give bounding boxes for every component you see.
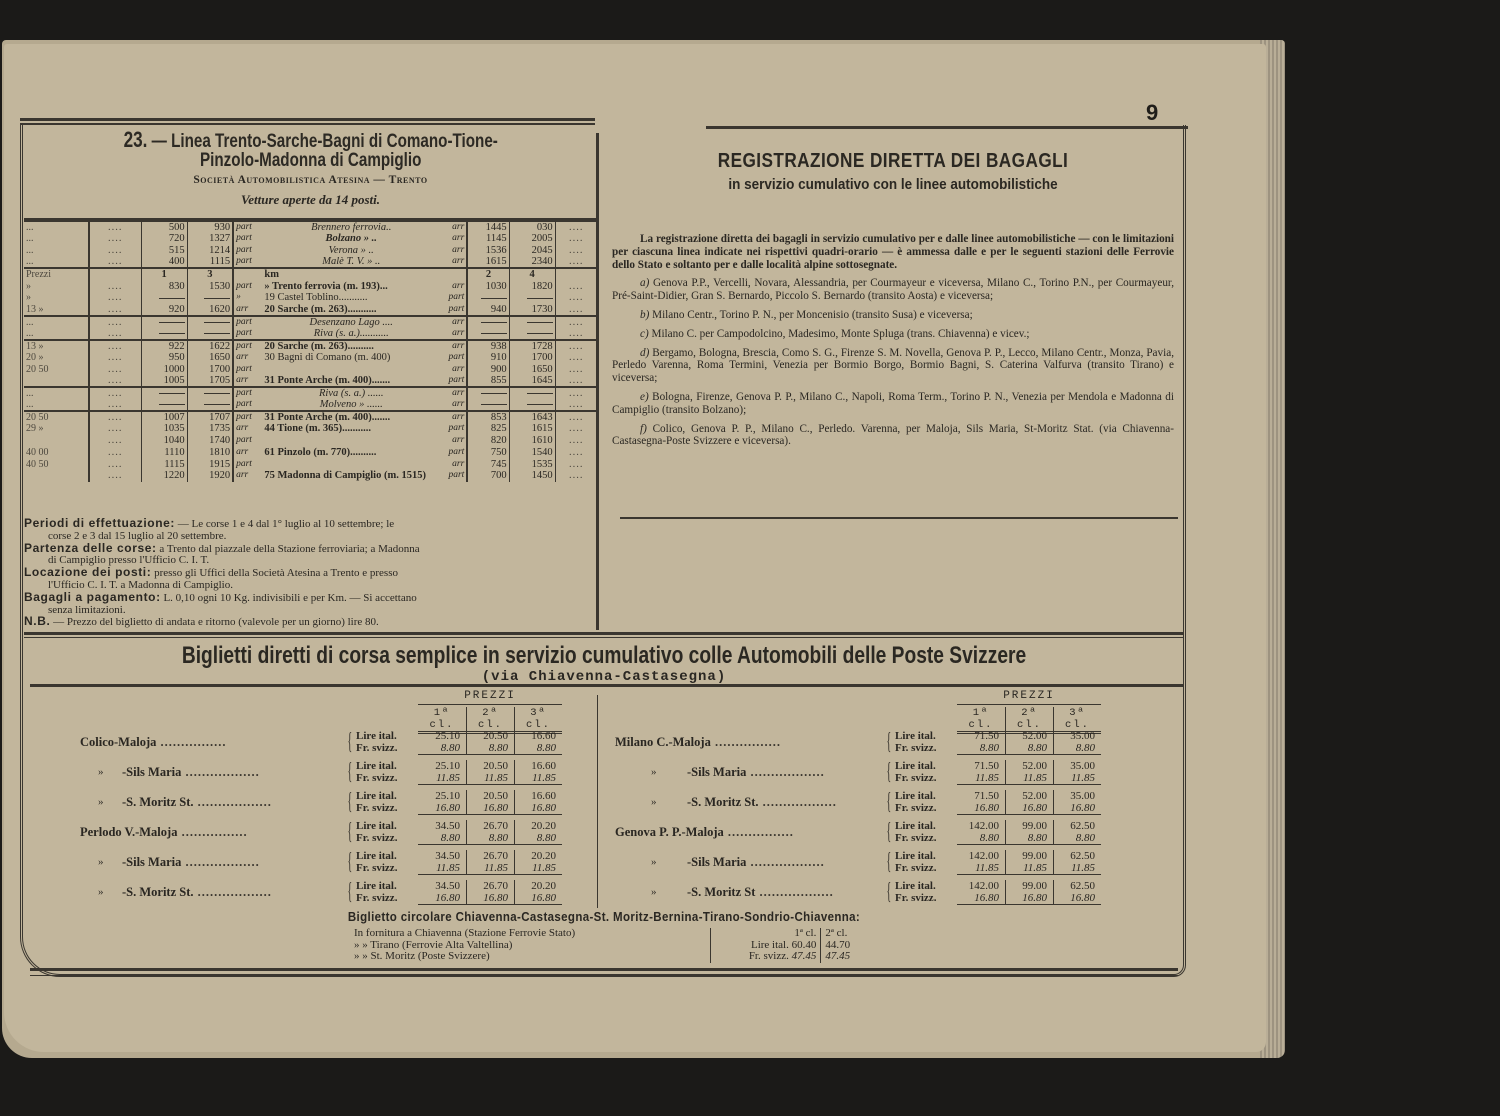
registration-subtitle: in servizio cumulativo con le linee auto… (640, 176, 1146, 193)
cell-d2: .... (555, 245, 597, 257)
cell-t2: 1650 (187, 352, 233, 364)
currency-francs: Fr. svizz. (356, 892, 397, 904)
cell-t3: 853 (467, 411, 509, 423)
price-lire: 34.50 (418, 850, 460, 862)
cell-d2: .... (555, 411, 597, 423)
cell-d: .... (89, 221, 141, 233)
no-service-dash (527, 393, 553, 394)
leader-dots: .................. (181, 765, 259, 779)
currency-francs: Fr. svizz. (895, 742, 936, 754)
section-divider (24, 632, 1184, 638)
cell-t2: 1622 (187, 340, 233, 352)
fare-value: 25.1011.85 (418, 760, 466, 784)
currency-francs: Fr. svizz. (356, 802, 397, 814)
cell-station: 31 Ponte Arche (m. 400)....... (262, 375, 440, 387)
leader-dots: .................. (194, 795, 272, 809)
fare-value: 34.5016.80 (418, 880, 466, 904)
timetable-row: 29 »....10351735arr44 Tione (m. 365)....… (24, 423, 597, 435)
currency-francs: Fr. svizz. (895, 772, 936, 784)
price-francs: 8.80 (1006, 832, 1047, 844)
route-label: -Sils Maria (687, 855, 746, 869)
cell-t1 (141, 399, 187, 411)
cell-t4: 1450 (509, 470, 555, 482)
fare-column-divider (597, 695, 598, 908)
cell-t2: 1915 (187, 458, 233, 470)
price-lire: 20.50 (467, 790, 508, 802)
cell-pa: arr (233, 470, 262, 482)
cell-t3: 1145 (467, 233, 509, 245)
fare-value: 25.1016.80 (418, 790, 466, 814)
cell-t3: 820 (467, 435, 509, 447)
fare-row: »-Sils Maria ..................{Lire ita… (26, 848, 592, 878)
cell-t3: 940 (467, 304, 509, 316)
cell-t4: 030 (509, 221, 555, 233)
item-label: d) (640, 347, 649, 359)
price-francs: 11.85 (1006, 772, 1047, 784)
cell-t1: 1000 (141, 363, 187, 375)
fare-value: 16.6016.80 (514, 790, 562, 814)
timetable-row: .......partDesenzano Lago ....arr.... (24, 316, 597, 328)
course-header-c2: 2 (467, 268, 509, 280)
price-lire: 71.50 (957, 760, 999, 772)
fare-row: Colico-Maloja ................{Lire ital… (26, 728, 592, 758)
brace: { (886, 850, 891, 874)
cell-t2 (187, 316, 233, 328)
cell-t2: 1705 (187, 375, 233, 387)
circular-ticket-lines: In fornitura a Chiavenna (Stazione Ferro… (354, 928, 709, 963)
cell-t4 (509, 399, 555, 411)
price-francs: 8.80 (418, 832, 460, 844)
cell-t2: 1620 (187, 304, 233, 316)
no-service-dash (481, 333, 507, 334)
cell-pa: arr (233, 375, 262, 387)
spacer (555, 268, 597, 280)
cell-pa2: part (440, 470, 467, 482)
cell-t3: 825 (467, 423, 509, 435)
currency-lire: Lire ital. (356, 790, 397, 802)
cell-pa2: part (440, 292, 467, 304)
route-label: -Sils Maria (687, 765, 746, 779)
price-francs: 11.85 (1054, 862, 1095, 874)
no-service-dash (159, 322, 185, 323)
cell-pa2: part (440, 352, 467, 364)
price-lire: 26.70 (467, 880, 508, 892)
price-lire: 62.50 (1054, 820, 1095, 832)
brace: { (347, 820, 352, 844)
price-lire: 16.60 (515, 760, 556, 772)
fare-values: 142.008.8099.008.8062.508.80 (957, 820, 1101, 845)
cell-t4: 2340 (509, 256, 555, 268)
fare-values: 34.508.8026.708.8020.208.80 (418, 820, 562, 845)
cell-pa2: arr (440, 411, 467, 423)
cell-t1: 1220 (141, 470, 187, 482)
price-lire: 25.10 (418, 790, 460, 802)
cell-pa2: arr (440, 316, 467, 328)
fare-value: 16.608.80 (514, 730, 562, 754)
tickets-title: Biglietti diretti di corsa semplice in s… (140, 642, 1068, 670)
top-rule-left (20, 118, 595, 125)
price-lire: 34.50 (418, 880, 460, 892)
cell-station: 30 Bagni di Comano (m. 400) (262, 352, 440, 364)
cell-t1: 1040 (141, 435, 187, 447)
currency-labels: Lire ital.Fr. svizz. (356, 820, 397, 844)
currency-labels: Lire ital.Fr. svizz. (356, 760, 397, 784)
no-service-dash (204, 404, 230, 405)
route-name: Perlodo V.-Maloja ................ (80, 825, 248, 840)
fare-value: 20.5016.80 (466, 790, 514, 814)
leader-dots: .................. (181, 855, 259, 869)
timetable-row: .......partRiva (s. a.)...........arr...… (24, 328, 597, 340)
cell-t2: 1920 (187, 470, 233, 482)
prices-rule (957, 704, 1101, 705)
brace: { (347, 730, 352, 754)
no-service-dash (204, 393, 230, 394)
price-lire: 99.00 (1006, 880, 1047, 892)
price-francs: 16.80 (1006, 802, 1047, 814)
cell-d: .... (89, 328, 141, 340)
no-service-dash (159, 393, 185, 394)
section-23-timetable: 23. — Linea Trento-Sarche-Bagni di Coman… (24, 130, 597, 630)
cell-pa2: arr (440, 458, 467, 470)
cell-t3 (467, 316, 509, 328)
cell-t2: 1115 (187, 256, 233, 268)
price-francs: 16.80 (418, 802, 460, 814)
price-francs: 11.85 (467, 862, 508, 874)
route-name: Genova P. P.-Maloja ................ (615, 825, 794, 840)
price-ch-2: 47.45 (820, 951, 880, 963)
price-lire: 25.10 (418, 730, 460, 742)
currency-labels: Lire ital.Fr. svizz. (895, 760, 936, 784)
price-lire: 52.00 (1006, 790, 1047, 802)
cell-t4: 1643 (509, 411, 555, 423)
registration-intro: La registrazione diretta dei bagagli in … (612, 233, 1174, 271)
currency-labels: Lire ital.Fr. svizz. (895, 880, 936, 904)
cell-t1 (141, 387, 187, 399)
price-lire: 35.00 (1054, 760, 1095, 772)
route-name: -Sils Maria .................. (122, 765, 260, 780)
note-heading: Bagagli a pagamento: (24, 590, 161, 604)
cell-m: » (24, 280, 89, 292)
cell-pa: part (233, 233, 262, 245)
cell-d2: .... (555, 292, 597, 304)
course-header-km: km (262, 268, 440, 280)
cell-t4: 1615 (509, 423, 555, 435)
cell-t2: 1810 (187, 447, 233, 459)
fare-value: 20.208.80 (514, 820, 562, 844)
cell-d2: .... (555, 363, 597, 375)
cell-d: .... (89, 399, 141, 411)
price-lire: 20.20 (515, 850, 556, 862)
cell-pa2: arr (440, 256, 467, 268)
cell-d2: .... (555, 316, 597, 328)
fare-value: 34.508.80 (418, 820, 466, 844)
baggage-registration-section: REGISTRAZIONE DIRETTA DEI BAGAGLI in ser… (612, 150, 1174, 448)
fare-values: 25.1011.8520.5011.8516.6011.85 (418, 760, 562, 785)
circular-line: In fornitura a Chiavenna (Stazione Ferro… (354, 928, 709, 940)
fare-row: Milano C.-Maloja ................{Lire i… (605, 728, 1180, 758)
cell-t4: 1645 (509, 375, 555, 387)
brace: { (347, 760, 352, 784)
price-francs: 16.80 (467, 892, 508, 904)
cell-t4 (509, 328, 555, 340)
no-service-dash (527, 333, 553, 334)
timetable-row: 13 »....9221622part20 Sarche (m. 263)...… (24, 340, 597, 352)
cell-d2: .... (555, 304, 597, 316)
cell-station: Riva (s. a.)........... (262, 328, 440, 340)
cell-t3: 1536 (467, 245, 509, 257)
cell-pa: part (233, 458, 262, 470)
price-lire: 25.10 (418, 760, 460, 772)
price-francs: 11.85 (1006, 862, 1047, 874)
cell-t3 (467, 387, 509, 399)
fare-value: 71.5011.85 (957, 760, 1005, 784)
cell-pa: » (233, 292, 262, 304)
cell-d: .... (89, 470, 141, 482)
timetable-row: .......4001115partMalè T. V. » ..arr1615… (24, 256, 597, 268)
fare-value: 20.2011.85 (514, 850, 562, 874)
price-lire: 142.00 (957, 850, 999, 862)
item-label: c) (640, 328, 649, 340)
cell-pa2: arr (440, 245, 467, 257)
cell-t1: 1035 (141, 423, 187, 435)
no-service-dash (481, 393, 507, 394)
registration-item: c) Milano C. per Campodolcino, Madesimo,… (612, 328, 1174, 341)
cell-t2: 1707 (187, 411, 233, 423)
timetable-row: 20 50....10071707part31 Ponte Arche (m. … (24, 411, 597, 423)
currency-labels: Lire ital.Fr. svizz. (356, 790, 397, 814)
cell-t1: 922 (141, 340, 187, 352)
cell-pa: part (233, 399, 262, 411)
price-francs: 11.85 (515, 772, 556, 784)
cell-pa2: arr (440, 280, 467, 292)
price-lire: 20.20 (515, 820, 556, 832)
fare-row: Perlodo V.-Maloja ................{Lire … (26, 818, 592, 848)
cell-d2: .... (555, 458, 597, 470)
cell-pa2: arr (440, 399, 467, 411)
cell-m (24, 470, 89, 482)
route-label: -S. Moritz St. (122, 885, 194, 899)
cell-pa: part (233, 221, 262, 233)
leader-dots: .................. (194, 885, 272, 899)
brace: { (347, 850, 352, 874)
fare-value: 99.0011.85 (1005, 850, 1053, 874)
circular-line: » » St. Moritz (Poste Svizzere) (354, 951, 709, 963)
note-heading: Locazione dei posti: (24, 565, 151, 579)
cell-t2 (187, 328, 233, 340)
fare-value: 35.0016.80 (1053, 790, 1101, 814)
cell-m: ... (24, 221, 89, 233)
price-lire: 99.00 (1006, 850, 1047, 862)
leader-dots: ................ (156, 735, 226, 749)
cell-t3: 700 (467, 470, 509, 482)
fare-value: 62.508.80 (1053, 820, 1101, 844)
cell-station: Malè T. V. » .. (262, 256, 440, 268)
price-lire: 20.50 (467, 760, 508, 772)
tickets-rule (30, 684, 1184, 687)
cell-d: .... (89, 316, 141, 328)
fare-row: »-S. Moritz St. ..................{Lire … (26, 788, 592, 818)
item-label: f) (640, 423, 647, 435)
route-name: -S. Moritz St. .................. (122, 795, 272, 810)
timetable-row: 20 50....10001700partarr9001650.... (24, 363, 597, 375)
fare-values: 71.508.8052.008.8035.008.80 (957, 730, 1101, 755)
no-service-dash (204, 333, 230, 334)
fare-rows: Colico-Maloja ................{Lire ital… (26, 728, 592, 908)
cell-t3: 1615 (467, 256, 509, 268)
timetable-row: ....10051705arr31 Ponte Arche (m. 400)..… (24, 375, 597, 387)
column-divider (596, 133, 599, 630)
cell-station: Brennero ferrovia.. (262, 221, 440, 233)
registration-body: La registrazione diretta dei bagagli in … (612, 233, 1174, 448)
price-lire: 62.50 (1054, 850, 1095, 862)
circular-ticket-title: Biglietto circolare Chiavenna-Castasegna… (70, 910, 1137, 924)
currency-lire: Lire ital. (895, 730, 936, 742)
cell-t1: 920 (141, 304, 187, 316)
cell-t1: 720 (141, 233, 187, 245)
note-heading: Periodi di effettuazione: (24, 516, 175, 530)
timetable-row: ....10401740partarr8201610.... (24, 435, 597, 447)
fare-row: »-Sils Maria ..................{Lire ita… (605, 848, 1180, 878)
price-francs: 11.85 (515, 862, 556, 874)
cell-pa2: part (440, 423, 467, 435)
cell-t1: 400 (141, 256, 187, 268)
fare-value: 52.0016.80 (1005, 790, 1053, 814)
cell-station: 75 Madonna di Campiglio (m. 1515) (262, 470, 440, 482)
cell-pa2: arr (440, 387, 467, 399)
cell-station: » Trento ferrovia (m. 193)... (262, 280, 440, 292)
fare-value: 52.008.80 (1005, 730, 1053, 754)
cell-pa: part (233, 363, 262, 375)
cell-t4: 1700 (509, 352, 555, 364)
fare-value: 35.008.80 (1053, 730, 1101, 754)
cell-m: 40 50 (24, 458, 89, 470)
timetable-row: 40 50....11151915partarr7451535.... (24, 458, 597, 470)
fare-row: Genova P. P.-Maloja ................{Lir… (605, 818, 1180, 848)
ditto-mark: » (651, 766, 657, 778)
fare-row: »-S. Moritz St ..................{Lire i… (605, 878, 1180, 908)
circular-ticket-prices: 1ª cl.2ª cl. Lire ital. 60.4044.70 Fr. s… (710, 928, 880, 963)
cell-t2: 1327 (187, 233, 233, 245)
fare-values: 34.5016.8026.7016.8020.2016.80 (418, 880, 562, 905)
cell-pa2: arr (440, 340, 467, 352)
fare-value: 26.7016.80 (466, 880, 514, 904)
price-francs: 11.85 (418, 772, 460, 784)
cell-d: .... (89, 292, 141, 304)
spacer (440, 268, 467, 280)
cell-station: Desenzano Lago .... (262, 316, 440, 328)
cell-t1 (141, 328, 187, 340)
cell-m: » (24, 292, 89, 304)
leader-dots: .................. (746, 855, 824, 869)
cell-d: .... (89, 387, 141, 399)
cell-pa2: arr (440, 363, 467, 375)
course-header-c4: 4 (509, 268, 555, 280)
cell-m: ... (24, 256, 89, 268)
currency-labels: Lire ital.Fr. svizz. (895, 730, 936, 754)
fare-value: 99.008.80 (1005, 820, 1053, 844)
brace: { (886, 790, 891, 814)
route-name: -Sils Maria .................. (687, 765, 825, 780)
brace: { (886, 760, 891, 784)
cell-m: 20 50 (24, 363, 89, 375)
price-francs: 8.80 (467, 742, 508, 754)
cell-d: .... (89, 304, 141, 316)
price-lire: 35.00 (1054, 790, 1095, 802)
cell-t2: 1700 (187, 363, 233, 375)
fare-value: 35.0011.85 (1053, 760, 1101, 784)
timetable-note: Periodi di effettuazione: — Le corse 1 e… (24, 518, 597, 531)
cell-t4 (509, 292, 555, 304)
no-service-dash (481, 322, 507, 323)
brace: { (886, 730, 891, 754)
route-label: -Sils Maria (122, 855, 181, 869)
timetable-note: Bagagli a pagamento: L. 0,10 ogni 10 Kg.… (24, 592, 597, 605)
registration-item: a) Genova P.P., Vercelli, Novara, Alessa… (612, 277, 1174, 303)
price-francs: 16.80 (1054, 892, 1095, 904)
cell-t3 (467, 292, 509, 304)
brace: { (886, 880, 891, 904)
fare-value: 71.5016.80 (957, 790, 1005, 814)
cell-station (262, 363, 440, 375)
company-name: Società Automobilistica Atesina — Trento (24, 174, 597, 186)
cell-t1: 500 (141, 221, 187, 233)
price-lire: 71.50 (957, 730, 999, 742)
currency-francs: Fr. svizz. (895, 862, 936, 874)
cell-station (262, 458, 440, 470)
class-2-header: 2ª cl. (820, 928, 880, 940)
currency-francs: Fr. svizz. (895, 802, 936, 814)
cell-d: .... (89, 233, 141, 245)
currency-francs: Fr. svizz. (356, 862, 397, 874)
cell-m: ... (24, 399, 89, 411)
timetable-row: 13 »....9201620arr20 Sarche (m. 263)....… (24, 304, 597, 316)
fare-row: »-Sils Maria ..................{Lire ita… (26, 758, 592, 788)
cell-t3: 745 (467, 458, 509, 470)
cell-t2: 1740 (187, 435, 233, 447)
cell-pa: part (233, 245, 262, 257)
fare-value: 20.508.80 (466, 730, 514, 754)
ditto-mark: » (651, 886, 657, 898)
route-name: -S. Moritz St. .................. (122, 885, 272, 900)
cell-d2: .... (555, 447, 597, 459)
currency-francs: Fr. svizz. (895, 832, 936, 844)
price-francs: 8.80 (957, 742, 999, 754)
cell-station: Molveno » ...... (262, 399, 440, 411)
currency-francs: Fr. svizz. (356, 772, 397, 784)
currency-labels: Lire ital.Fr. svizz. (895, 820, 936, 844)
timetable-note: N.B. — Prezzo del biglietto di andata e … (24, 616, 597, 629)
route-name: Colico-Maloja ................ (80, 735, 227, 750)
cell-d: .... (89, 245, 141, 257)
vehicle-info: Vetture aperte da 14 posti. (24, 192, 597, 208)
no-service-dash (159, 298, 185, 299)
cell-station: 44 Tione (m. 365)........... (262, 423, 440, 435)
cell-t4: 2045 (509, 245, 555, 257)
currency-labels: Lire ital.Fr. svizz. (356, 850, 397, 874)
cell-station: Verona » .. (262, 245, 440, 257)
cell-t4: 1728 (509, 340, 555, 352)
fare-values: 71.5011.8552.0011.8535.0011.85 (957, 760, 1101, 785)
price-francs: 16.80 (515, 892, 556, 904)
cell-t3: 938 (467, 340, 509, 352)
registration-item: d) Bergamo, Bologna, Brescia, Como S. G.… (612, 347, 1174, 385)
cell-t2: 930 (187, 221, 233, 233)
currency-labels: Lire ital.Fr. svizz. (895, 850, 936, 874)
tickets-subtitle: (via Chiavenna-Castasegna) (24, 669, 1184, 685)
price-francs: 8.80 (957, 832, 999, 844)
cell-m: ... (24, 328, 89, 340)
item-text: Genova P.P., Vercelli, Novara, Alessandr… (612, 277, 1174, 302)
